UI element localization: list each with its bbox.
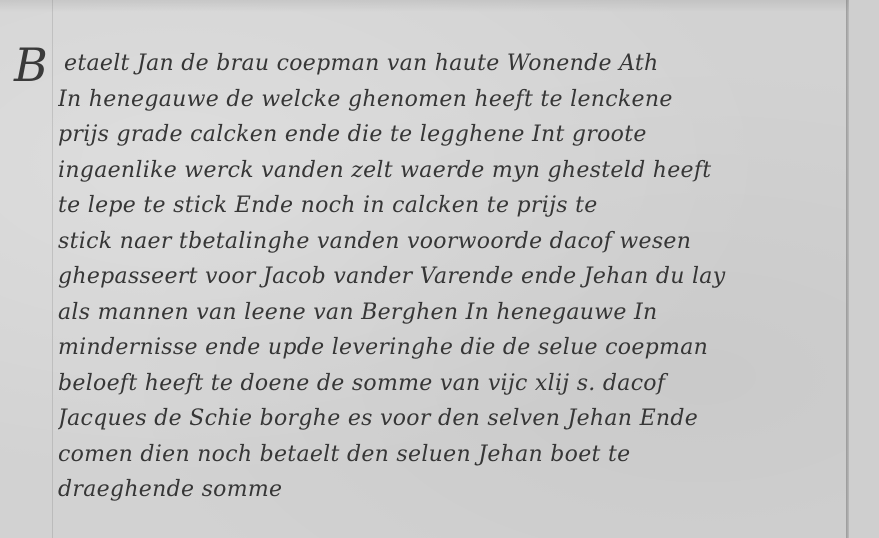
manuscript-line: beloeft heeft te doene de somme van vijc… — [58, 366, 848, 402]
manuscript-line: als mannen van leene van Berghen In hene… — [58, 295, 848, 331]
manuscript-line: prijs grade calcken ende die te legghene… — [58, 117, 848, 153]
manuscript-line: mindernisse ende upde leveringhe die de … — [58, 330, 848, 366]
manuscript-line: ghepasseert voor Jacob vander Varende en… — [58, 259, 848, 295]
manuscript-line: Jacques de Schie borghe es voor den selv… — [58, 401, 848, 437]
manuscript-line: etaelt Jan de brau coepman van haute Won… — [58, 46, 848, 82]
decorated-initial: B — [14, 42, 48, 88]
manuscript-line: stick naer tbetalinghe vanden voorwoorde… — [58, 224, 848, 260]
manuscript-line: comen dien noch betaelt den seluen Jehan… — [58, 437, 848, 473]
manuscript-page: B etaelt Jan de brau coepman van haute W… — [0, 0, 879, 538]
manuscript-text-block: etaelt Jan de brau coepman van haute Won… — [58, 46, 848, 508]
left-margin-rule — [52, 0, 53, 538]
manuscript-line: ingaenlike werck vanden zelt waerde myn … — [58, 153, 848, 189]
manuscript-line: draeghende somme — [58, 472, 848, 508]
page-edge-strip — [849, 0, 879, 538]
top-edge-bleed — [0, 0, 879, 12]
manuscript-line: te lepe te stick Ende noch in calcken te… — [58, 188, 848, 224]
manuscript-line: In henegauwe de welcke ghenomen heeft te… — [58, 82, 848, 118]
